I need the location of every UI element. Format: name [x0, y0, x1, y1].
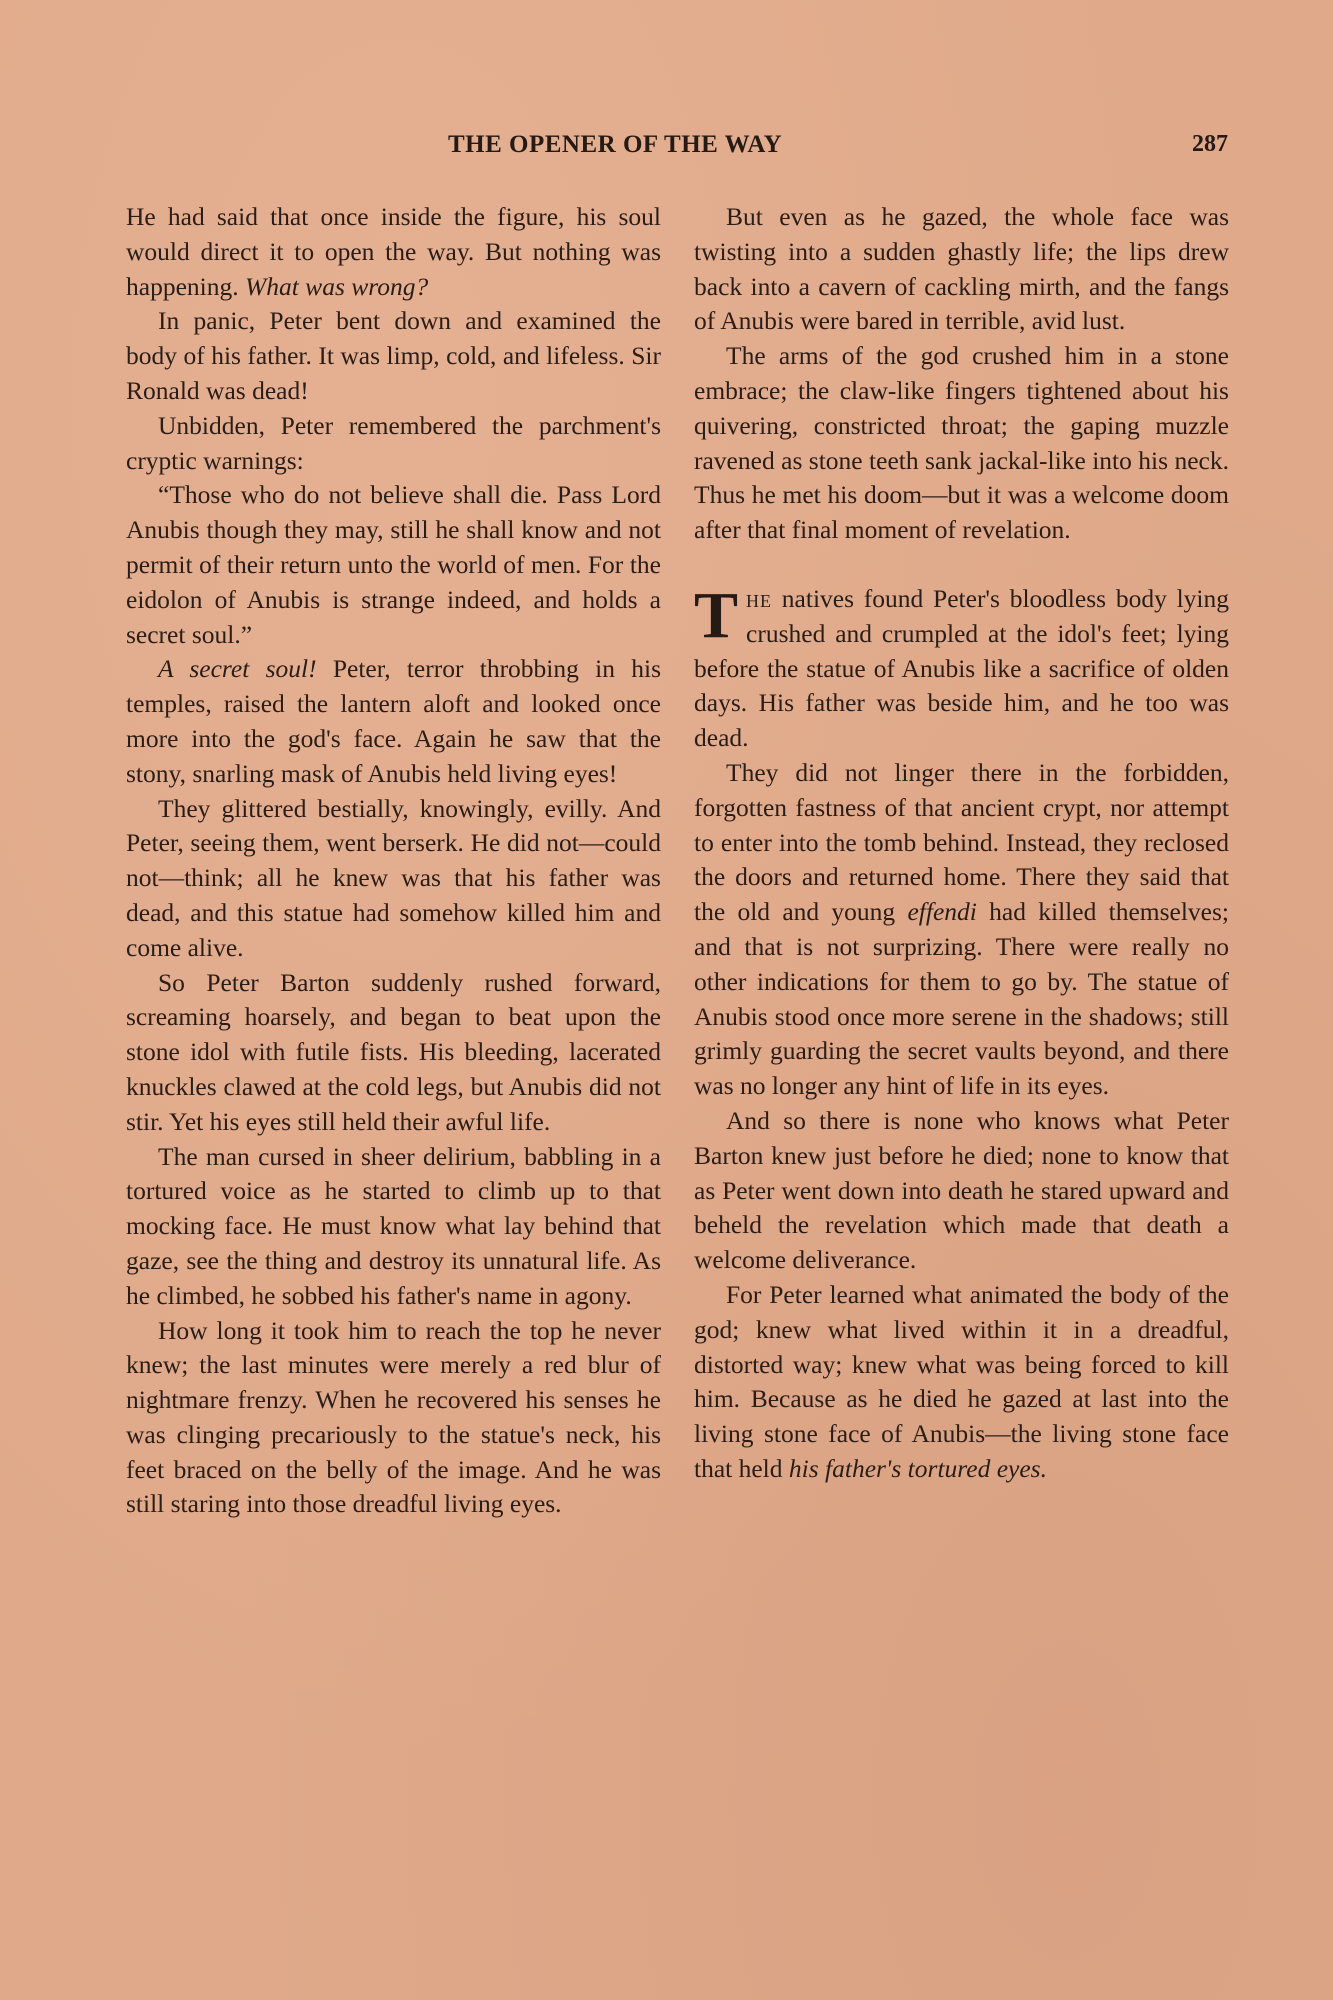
story-title: THE OPENER OF THE WAY — [448, 131, 782, 159]
running-header: THE OPENER OF THE WAY 287 — [448, 131, 1228, 165]
paragraph: In panic, Peter bent down and examined t… — [126, 304, 661, 408]
paragraph: “Those who do not believe shall die. Pas… — [126, 478, 661, 652]
paragraph: A secret soul! Peter, terror throbbing i… — [126, 652, 661, 791]
paragraph: They glittered bestially, knowingly, evi… — [126, 792, 661, 966]
smallcaps-lead: he — [746, 584, 772, 613]
paragraph-text: had killed themselves; and that is not s… — [694, 897, 1229, 1100]
paragraph: For Peter learned what animated the body… — [694, 1278, 1229, 1487]
italic-text: effendi — [907, 897, 976, 926]
paragraph: And so there is none who knows what Pete… — [694, 1104, 1229, 1278]
right-column: But even as he gazed, the whole face was… — [694, 200, 1229, 1487]
paragraph-text: natives found Peter's bloodless body lyi… — [694, 584, 1229, 752]
paragraph: Unbidden, Peter remembered the parchment… — [126, 409, 661, 479]
paragraph: He had said that once inside the figure,… — [126, 200, 661, 304]
paragraph: So Peter Barton suddenly rushed forward,… — [126, 966, 661, 1140]
italic-text: A secret soul! — [158, 654, 317, 683]
paragraph: How long it took him to reach the top he… — [126, 1314, 661, 1523]
magazine-page: THE OPENER OF THE WAY 287 He had said th… — [0, 0, 1333, 2000]
paragraph: They did not linger there in the forbidd… — [694, 756, 1229, 1104]
left-column: He had said that once inside the figure,… — [126, 200, 661, 1522]
italic-text: his father's tortured eyes. — [789, 1454, 1047, 1483]
page-number: 287 — [1192, 131, 1228, 158]
paragraph: The arms of the god crushed him in a sto… — [694, 339, 1229, 548]
paragraph-text: For Peter learned what animated the body… — [694, 1280, 1229, 1483]
drop-cap: T — [694, 588, 738, 644]
section-break — [694, 548, 1229, 582]
paragraph: The man cursed in sheer delirium, babbli… — [126, 1140, 661, 1314]
italic-text: What was wrong? — [245, 272, 428, 301]
paragraph-text: And so there is none who knows what Pete… — [694, 1106, 1229, 1274]
dropcap-paragraph: The natives found Peter's bloodless body… — [694, 582, 1229, 756]
paragraph: But even as he gazed, the whole face was… — [694, 200, 1229, 339]
